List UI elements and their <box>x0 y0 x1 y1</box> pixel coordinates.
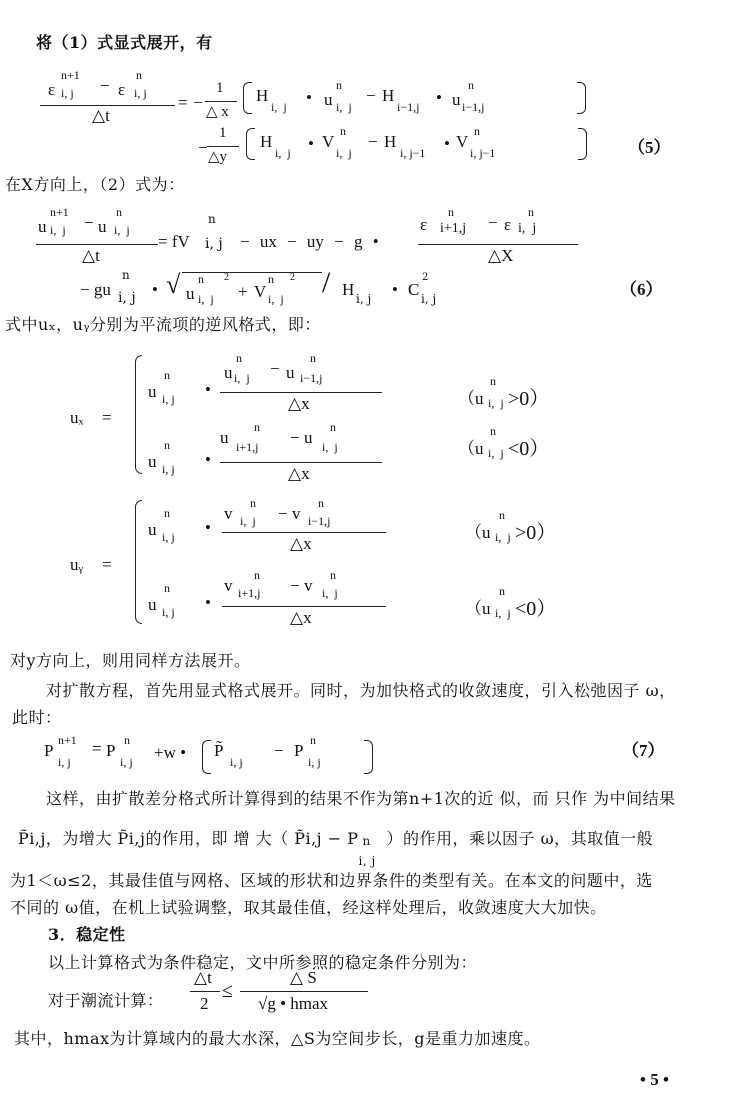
eq6-frac-numerator: εni+1,j − εni, j <box>420 205 580 241</box>
eq6-row2-sup: n <box>122 268 130 282</box>
eq7-open-brace <box>202 740 211 774</box>
eq6-row2-dot: • <box>152 280 158 300</box>
eq6-rhs1: = fV <box>158 232 190 252</box>
eq5-lhs-numerator: ε n+1 i, j − ε n i, j <box>48 68 178 104</box>
uy-case2-numerator: vni+1,j − vni, j <box>224 572 384 608</box>
ineq-lhs-bar <box>190 991 220 992</box>
explain-line1: 这样，由扩散差分格式所计算得到的结果不作为第n+1次的近 似，而 只作 为中间结… <box>46 786 676 809</box>
ux-case2-numerator: uni+1,j − uni, j <box>220 424 380 460</box>
eq7-number: （7） <box>622 736 665 761</box>
uy-case1-dot: • <box>205 518 211 538</box>
eq5-row2-close-brace <box>578 128 587 160</box>
eq6-number: （6） <box>620 275 663 300</box>
ineq-rel: ≤ <box>222 980 233 1003</box>
ux-case1-bar <box>220 392 382 393</box>
eq6-row2-tail-sub: i, j <box>356 292 371 306</box>
eq6-row2-c: C <box>408 280 419 300</box>
ux-case1-cond: （uni, j>0） <box>458 378 578 414</box>
eq5-row2-body: Hi, j • Vni, j − Hi, j−1 • Vni, j−1 <box>260 126 590 166</box>
ux-case1-numerator: uni, j − uni−1,j <box>224 355 384 391</box>
uy-case1-cond: （uni, j>0） <box>465 512 585 548</box>
ydir-line: 对y方向上，则用同样方法展开。 <box>10 648 251 671</box>
eq6-sqrt-content: un2i, j + Vn2i, j <box>186 272 326 308</box>
eq5-row1-coef-den: △ x <box>206 102 229 121</box>
ux-case2-den: △x <box>288 464 310 484</box>
eq6-row2-dot2: • <box>392 280 398 300</box>
page-number: • 5 • <box>640 1070 669 1090</box>
eq6-row2-sub: i, j <box>118 290 136 306</box>
ux-case1-coef: u n i, j <box>148 372 198 412</box>
uy-case1-numerator: vni, j − vni−1,j <box>224 500 384 536</box>
eq6-frac-den: △X <box>488 246 513 266</box>
eq6-row2-c-sub: i, j <box>421 292 436 306</box>
ineq-lhs-den: 2 <box>200 994 209 1014</box>
eq5-row2-coef-num: 1 <box>219 125 227 142</box>
ux-case2-cond: （uni, j<0） <box>458 428 578 464</box>
eq5-row1-body: Hi, j • uni, j − Hi−1,j • uni−1,j <box>256 80 576 120</box>
diffusion-line2: 此时： <box>12 705 62 728</box>
uy-equals: = <box>102 555 112 575</box>
uy-case2-den: △x <box>290 608 312 628</box>
ux-case1-den: △x <box>288 394 310 414</box>
uy-case1-den: △x <box>290 534 312 554</box>
eq7-inner: P̃i, j − Pni, j <box>214 735 384 779</box>
diffusion-line1: 对扩散方程，首先用显式格式展开。同时，为加快格式的收敛速度，引入松弛因子 ω， <box>46 678 676 701</box>
eq6-lhs-den: △t <box>82 246 100 266</box>
intro-line: 将（1）式显式展开，有 <box>36 30 213 53</box>
ux-label: uₓ <box>70 408 83 428</box>
eq6-row2-c-sup: 2 <box>422 272 428 283</box>
stability-line1: 以上计算格式为条件稳定，文中所参照的稳定条件分别为： <box>48 950 477 973</box>
ux-case1-dot: • <box>205 380 211 400</box>
ineq-rhs-den: √g • hmax <box>258 994 328 1014</box>
eq5-lhs-denominator: △t <box>92 106 110 126</box>
ineq-rhs-bar <box>240 991 368 992</box>
sqrt-icon: √ <box>166 270 180 300</box>
eq6-frac-bar <box>418 244 578 245</box>
eq5-row2-minus: − <box>198 138 208 158</box>
eq6-rhs1-rest: − ux − uy − g • <box>240 232 379 252</box>
ux-case2-bar <box>220 462 382 463</box>
ux-equals: = <box>102 408 112 428</box>
xdir-line: 在X方向上，（2）式为： <box>5 172 185 195</box>
uy-label: uᵧ <box>70 555 83 575</box>
eq6-rhs1-sup: n <box>208 212 216 226</box>
eq6-rhs1-sub: i, j <box>205 236 223 252</box>
stability-heading: 3．稳定性 <box>48 922 126 945</box>
eq6-row2-tail: H <box>342 280 354 300</box>
explain-line4: 不同的 ω值，在机上试验调整，取其最佳值，经这样处理后，收敛速度大大加快。 <box>10 895 607 918</box>
ux-case2-dot: • <box>205 450 211 470</box>
uy-case2-dot: • <box>205 593 211 613</box>
uy-case1-bar <box>222 532 386 533</box>
eq5-row1-minus: − <box>193 93 203 113</box>
eq5-row1-coef-num: 1 <box>216 80 224 97</box>
explain-line3: 为1＜ω≤2，其最佳值与网格、区域的形状和边界条件的类型有关。在本文的问题中，选 <box>10 868 653 891</box>
upwind-intro: 式中uₓ，uᵧ分别为平流项的逆风格式，即： <box>5 312 321 335</box>
uy-case2-bar <box>222 606 386 607</box>
ineq-lhs-num: △t <box>194 968 212 988</box>
eq5-number: （5） <box>628 133 671 158</box>
eq5-row2-coef-den: △y <box>208 147 227 166</box>
eq6-row2-lead: − gu <box>80 280 111 300</box>
uy-left-brace <box>135 500 142 624</box>
ineq-rhs-num: △ S <box>290 968 317 988</box>
ux-left-brace <box>135 355 142 474</box>
uy-case2-cond: （uni, j<0） <box>465 588 585 624</box>
eq6-slash: / <box>322 266 330 300</box>
eq5-row1-close-brace <box>577 82 586 114</box>
eq5-row1-open-brace <box>243 82 252 114</box>
uy-case1-coef: u n i, j <box>148 510 198 550</box>
explain-line2: P̃i,j，为增大 P̃i,j的作用，即 增 大（ P̃i,j − Pni, j… <box>18 826 738 866</box>
eq6-lhs-numerator: un+1i, j − uni, j <box>38 205 168 241</box>
ux-case2-coef: u n i, j <box>148 442 198 482</box>
tidal-label: 对于潮流计算： <box>48 988 164 1011</box>
eq6-lhs-bar <box>36 244 158 245</box>
eq7-close-brace <box>364 740 373 774</box>
eq5-row2-open-brace <box>246 128 255 160</box>
stability-footnote: 其中，hmax为计算域内的最大水深，△S为空间步长，g是重力加速度。 <box>14 1026 541 1049</box>
uy-case2-coef: u n i, j <box>148 585 198 625</box>
eq5-equals: = <box>178 93 188 113</box>
